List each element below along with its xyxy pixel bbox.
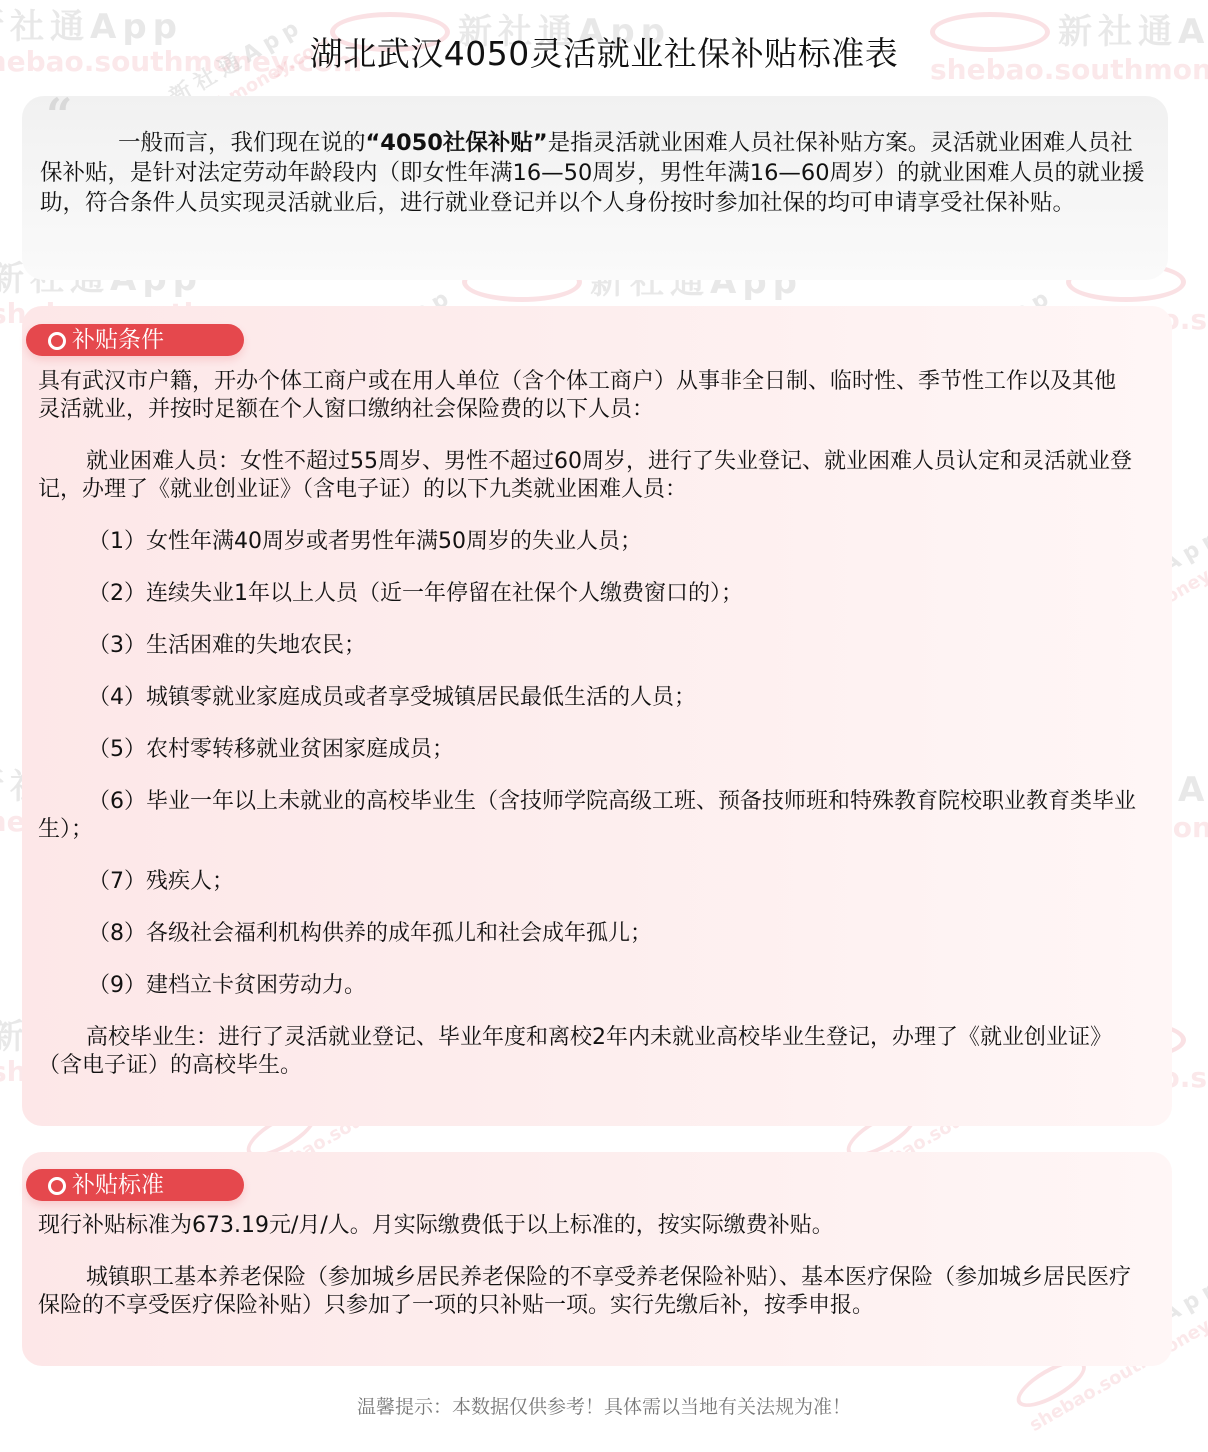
- difficulty-paragraph: 就业困难人员：女性不超过55周岁、男性不超过60周岁，进行了失业登记、就业困难人…: [38, 448, 1136, 504]
- ring-icon: [48, 1177, 66, 1195]
- list-item: （1）女性年满40周岁或者男性年满50周岁的失业人员；: [38, 528, 1136, 556]
- list-item: （4）城镇零就业家庭成员或者享受城镇居民最低生活的人员；: [38, 684, 1136, 712]
- list-item: （8）各级社会福利机构供养的成年孤儿和社会成年孤儿；: [38, 920, 1136, 948]
- list-item: （6）毕业一年以上未就业的高校毕业生（含技师学院高级工班、预备技师班和特殊教育院…: [38, 788, 1136, 844]
- page-title: 湖北武汉4050灵活就业社保补贴标准表: [0, 28, 1208, 75]
- section-heading-standard: 补贴标准: [26, 1169, 244, 1201]
- section-standard: 补贴标准 现行补贴标准为673.19元/月/人。月实际缴费低于以上标准的，按实际…: [22, 1152, 1172, 1366]
- section-heading-label: 补贴条件: [72, 324, 164, 356]
- list-item: （2）连续失业1年以上人员（近一年停留在社保个人缴费窗口的）；: [38, 580, 1136, 608]
- list-item: （9）建档立卡贫困劳动力。: [38, 972, 1136, 1000]
- footer-disclaimer: 温馨提示：本数据仅供参考！具体需以当地有关法规为准！: [0, 1392, 1208, 1419]
- insurance-rule-paragraph: 城镇职工基本养老保险（参加城乡居民养老保险的不享受养老保险补贴）、基本医疗保险（…: [38, 1264, 1136, 1320]
- section-body: 具有武汉市户籍，开办个体工商户或在用人单位（含个体工商户）从事非全日制、临时性、…: [38, 368, 1136, 1080]
- intro-highlight: “4050社保补贴”: [366, 130, 548, 156]
- standard-amount-paragraph: 现行补贴标准为673.19元/月/人。月实际缴费低于以上标准的，按实际缴费补贴。: [38, 1212, 1136, 1240]
- section-heading-conditions: 补贴条件: [26, 324, 244, 356]
- list-item: （5）农村零转移就业贫困家庭成员；: [38, 736, 1136, 764]
- section-heading-label: 补贴标准: [72, 1169, 164, 1201]
- section-conditions: 补贴条件 具有武汉市户籍，开办个体工商户或在用人单位（含个体工商户）从事非全日制…: [22, 306, 1172, 1126]
- list-item: （7）残疾人；: [38, 868, 1136, 896]
- list-item: （3）生活困难的失地农民；: [38, 632, 1136, 660]
- intro-prefix: 一般而言，我们现在说的: [118, 130, 366, 156]
- graduate-paragraph: 高校毕业生：进行了灵活就业登记、毕业年度和离校2年内未就业高校毕业生登记，办理了…: [38, 1024, 1136, 1080]
- intro-paragraph: 一般而言，我们现在说的“4050社保补贴”是指灵活就业困难人员社保补贴方案。灵活…: [40, 128, 1154, 218]
- section-body: 现行补贴标准为673.19元/月/人。月实际缴费低于以上标准的，按实际缴费补贴。…: [38, 1212, 1136, 1320]
- intro-box: “ 一般而言，我们现在说的“4050社保补贴”是指灵活就业困难人员社保补贴方案。…: [22, 96, 1168, 280]
- eligibility-paragraph: 具有武汉市户籍，开办个体工商户或在用人单位（含个体工商户）从事非全日制、临时性、…: [38, 368, 1136, 424]
- ring-icon: [48, 332, 66, 350]
